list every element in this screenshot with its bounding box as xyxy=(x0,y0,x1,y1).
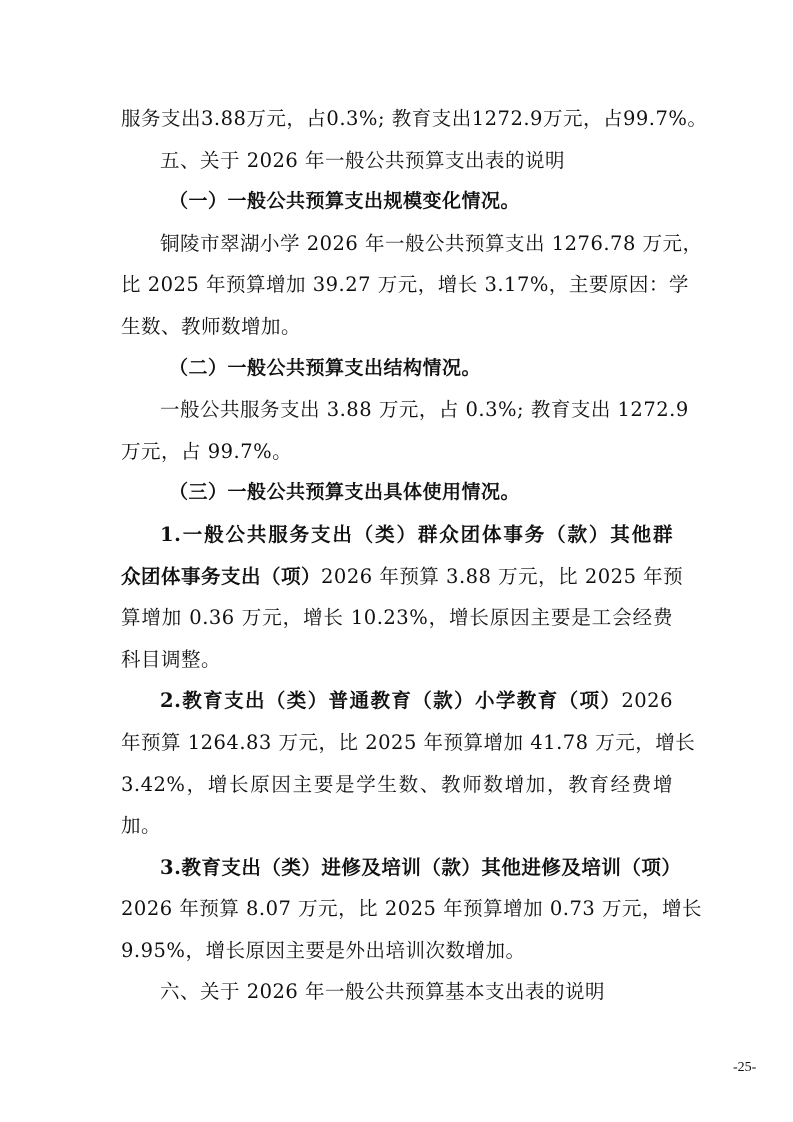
paragraph-line: 一般公共服务支出 3.88 万元，占 0.3%; 教育支出 1272.9 xyxy=(121,389,673,431)
item-1-line: 算增加 0.36 万元，增长 10.23%，增长原因主要是工会经费 xyxy=(121,597,673,639)
item-3-title: 3.教育支出（类）进修及培训（款）其他进修及培训（项） xyxy=(121,847,673,889)
item-3-line: 9.95%，增长原因主要是外出培训次数增加。 xyxy=(121,930,673,972)
document-page: 服务支出3.88万元，占0.3%; 教育支出1272.9万元，占99.7%。 五… xyxy=(121,98,673,1013)
item-2-title-line: 2.教育支出（类）普通教育（款）小学教育（项）2026 xyxy=(121,680,673,722)
section-heading-5: 五、关于 2026 年一般公共预算支出表的说明 xyxy=(121,140,673,182)
paragraph-line: 比 2025 年预算增加 39.27 万元，增长 3.17%，主要原因：学 xyxy=(121,264,673,306)
item-2-text-lead: 2026 xyxy=(621,689,673,712)
subsection-heading-1: （一）一般公共预算支出规模变化情况。 xyxy=(121,181,673,223)
item-2-title: 2.教育支出（类）普通教育（款）小学教育（项） xyxy=(160,689,621,712)
item-1-line: 科目调整。 xyxy=(121,639,673,681)
text-line: 服务支出3.88万元，占0.3%; 教育支出1272.9万元，占99.7%。 xyxy=(121,98,673,140)
section-heading-6: 六、关于 2026 年一般公共预算基本支出表的说明 xyxy=(121,971,673,1013)
subsection-heading-3: （三）一般公共预算支出具体使用情况。 xyxy=(121,472,673,514)
item-3-line: 2026 年预算 8.07 万元，比 2025 年预算增加 0.73 万元，增长 xyxy=(121,888,673,930)
paragraph-line: 铜陵市翠湖小学 2026 年一般公共预算支出 1276.78 万元， xyxy=(121,223,673,265)
item-1-line: 众团体事务支出（项）2026 年预算 3.88 万元，比 2025 年预 xyxy=(121,556,673,598)
subsection-heading-2: （二）一般公共预算支出结构情况。 xyxy=(121,348,673,390)
item-1-text-cont: 2026 年预算 3.88 万元，比 2025 年预 xyxy=(321,565,683,588)
item-2-line: 3.42%，增长原因主要是学生数、教师数增加，教育经费增 xyxy=(121,764,673,806)
page-number: -25- xyxy=(733,1060,756,1076)
item-2-line: 加。 xyxy=(121,805,673,847)
item-1-title: 1.一般公共服务支出（类）群众团体事务（款）其他群 xyxy=(121,514,673,556)
paragraph-line: 生数、教师数增加。 xyxy=(121,306,673,348)
item-1-title-cont: 众团体事务支出（项） xyxy=(121,565,321,588)
item-2-line: 年预算 1264.83 万元，比 2025 年预算增加 41.78 万元，增长 xyxy=(121,722,673,764)
paragraph-line: 万元，占 99.7%。 xyxy=(121,431,673,473)
